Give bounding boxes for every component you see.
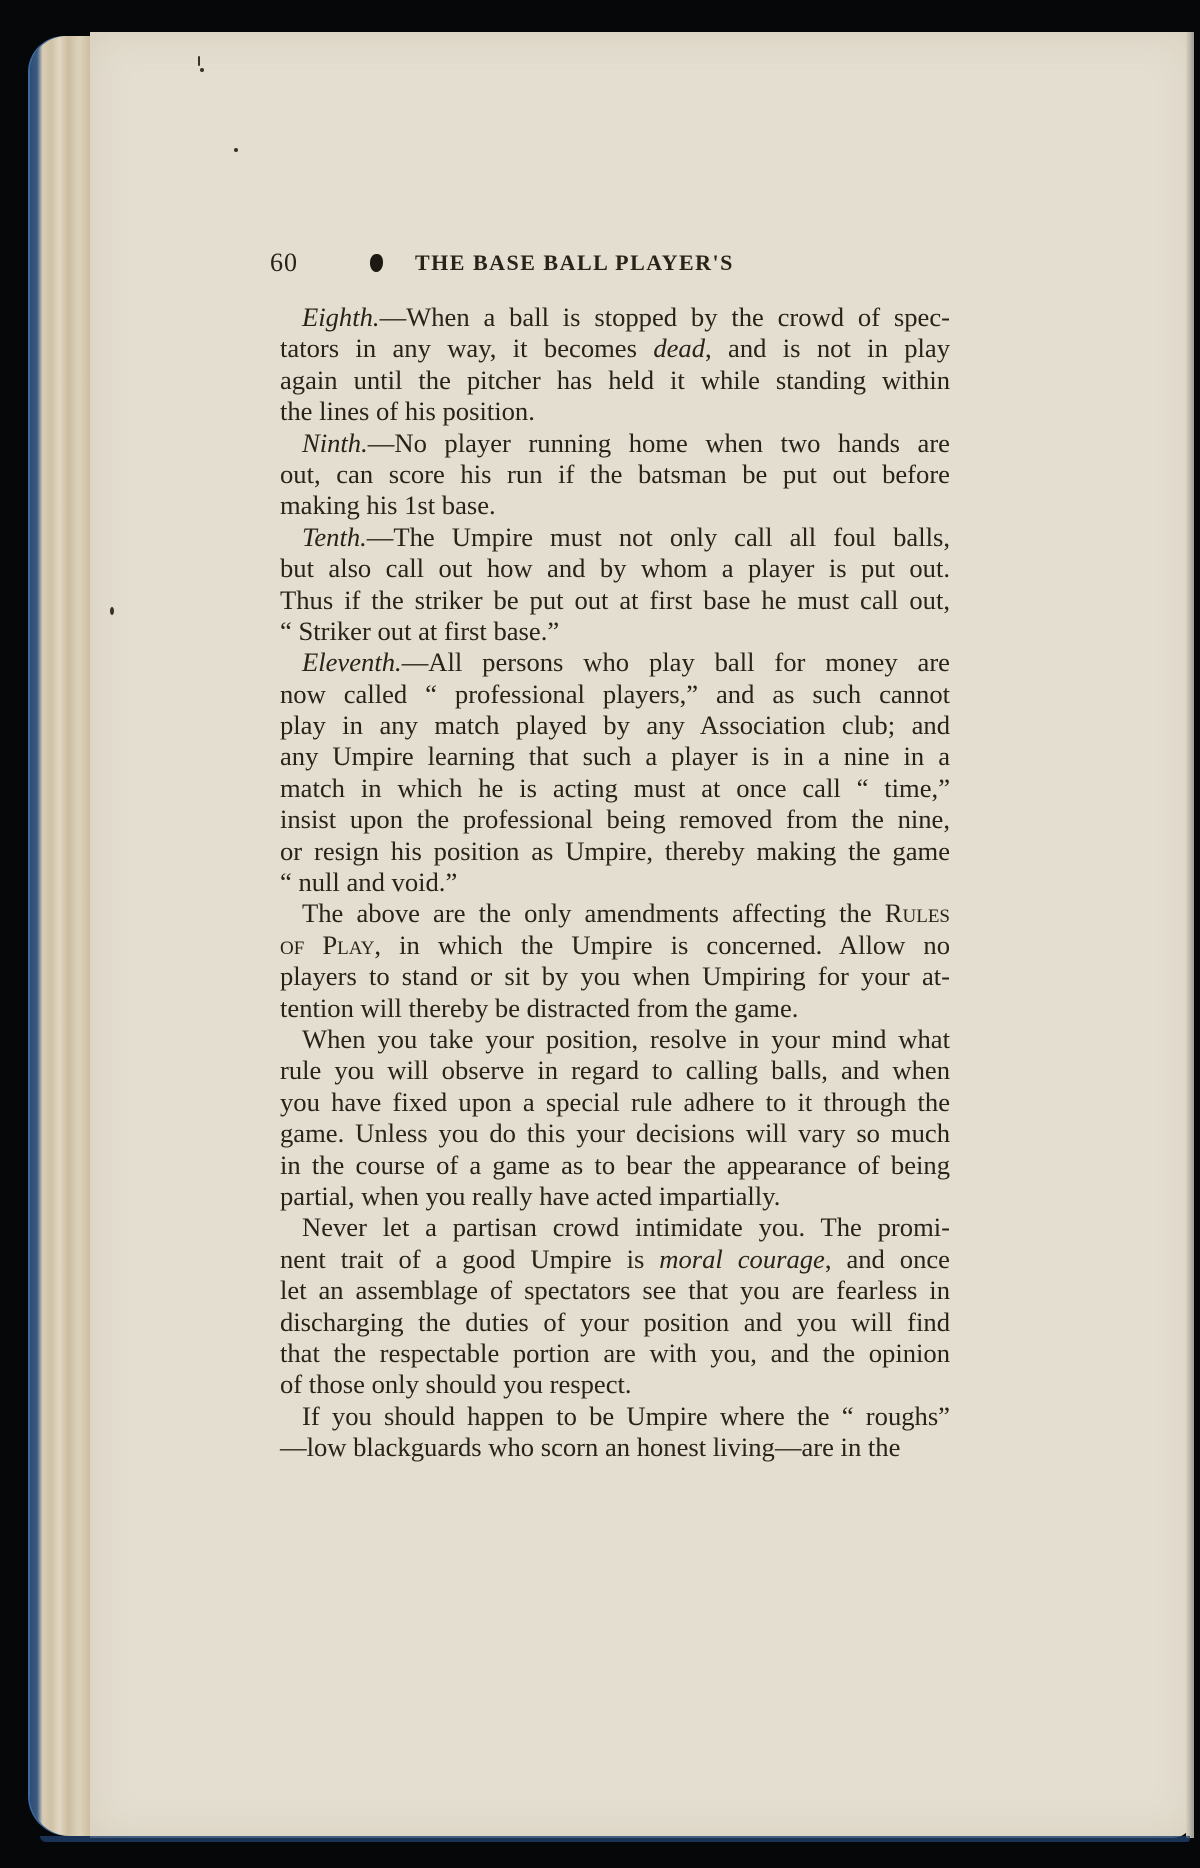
text-line: players to stand or sit by you when Umpi… xyxy=(280,961,950,992)
text-line: Eleventh.—All persons who play ball for … xyxy=(280,647,950,678)
text-line: When you take your position, resolve in … xyxy=(280,1024,950,1055)
text-line: play in any match played by any Associat… xyxy=(280,710,950,741)
page-bottom-edge xyxy=(40,1836,1190,1842)
text-line: nent trait of a good Umpire is moral cou… xyxy=(280,1244,950,1275)
rule-heading: Ninth. xyxy=(302,428,368,458)
text-line: discharging the duties of your position … xyxy=(280,1307,950,1338)
text-line: Ninth.—No player running home when two h… xyxy=(280,428,950,459)
text-line: partial, when you really have acted impa… xyxy=(280,1181,950,1212)
rule-heading: Eighth. xyxy=(302,302,380,332)
text-line: tators in any way, it becomes dead, and … xyxy=(280,333,950,364)
paper-speck xyxy=(200,68,204,72)
paragraph: Tenth.—The Umpire must not only call all… xyxy=(280,522,950,648)
text-line: of those only should you respect. xyxy=(280,1369,950,1400)
text-line: Eighth.—When a ball is stopped by the cr… xyxy=(280,302,950,333)
page-right-edge xyxy=(1186,32,1194,1838)
text-line: you have fixed upon a special rule adher… xyxy=(280,1087,950,1118)
text-line: again until the pitcher has held it whil… xyxy=(280,365,950,396)
paragraph: If you should happen to be Umpire where … xyxy=(280,1401,950,1464)
paper-speck xyxy=(234,148,238,152)
text-line: any Umpire learning that such a player i… xyxy=(280,741,950,772)
text-line: If you should happen to be Umpire where … xyxy=(280,1401,950,1432)
page-number: 60 xyxy=(270,248,298,278)
paragraph: The above are the only amendments affect… xyxy=(280,898,950,1024)
text-line: but also call out how and by whom a play… xyxy=(280,553,950,584)
text-line: Tenth.—The Umpire must not only call all… xyxy=(280,522,950,553)
paper-speck xyxy=(110,607,114,615)
paragraph: When you take your position, resolve in … xyxy=(280,1024,950,1212)
text-line: in the course of a game as to bear the a… xyxy=(280,1150,950,1181)
text-line: match in which he is acting must at once… xyxy=(280,773,950,804)
text-line: of Play, in which the Umpire is concerne… xyxy=(280,930,950,961)
paper-speck xyxy=(198,56,200,66)
body-text: Eighth.—When a ball is stopped by the cr… xyxy=(280,302,950,1463)
rule-heading: Tenth. xyxy=(302,522,367,552)
text-line: Never let a partisan crowd intimidate yo… xyxy=(280,1212,950,1243)
paragraph: Never let a partisan crowd intimidate yo… xyxy=(280,1212,950,1400)
running-head: 60 THE BASE BALL PLAYER'S xyxy=(280,248,950,288)
text-line: tention will thereby be distracted from … xyxy=(280,993,950,1024)
text-line: now called “ professional players,” and … xyxy=(280,679,950,710)
text-line: Thus if the striker be put out at first … xyxy=(280,585,950,616)
page-text: 60 THE BASE BALL PLAYER'S Eighth.—When a… xyxy=(280,248,950,1463)
rule-heading: Eleventh. xyxy=(302,647,402,677)
small-caps-text: Rules xyxy=(885,898,950,928)
emphasis-text: moral courage xyxy=(659,1244,825,1274)
paragraph: Eighth.—When a ball is stopped by the cr… xyxy=(280,302,950,428)
ink-blot-mark xyxy=(370,254,383,272)
text-line: game. Unless you do this your decisions … xyxy=(280,1118,950,1149)
text-line: rule you will observe in regard to calli… xyxy=(280,1055,950,1086)
text-line: “ null and void.” xyxy=(280,867,950,898)
small-caps-text: of Play xyxy=(280,930,374,960)
text-line: The above are the only amendments affect… xyxy=(280,898,950,929)
text-line: —low blackguards who scorn an honest liv… xyxy=(280,1432,950,1463)
scanned-book-page: 60 THE BASE BALL PLAYER'S Eighth.—When a… xyxy=(0,0,1200,1868)
paragraph: Eleventh.—All persons who play ball for … xyxy=(280,647,950,898)
text-line: “ Striker out at first base.” xyxy=(280,616,950,647)
text-line: the lines of his position. xyxy=(280,396,950,427)
text-line: insist upon the professional being remov… xyxy=(280,804,950,835)
text-line: or resign his position as Umpire, thereb… xyxy=(280,836,950,867)
text-line: that the respectable portion are with yo… xyxy=(280,1338,950,1369)
running-head-title: THE BASE BALL PLAYER'S xyxy=(415,250,734,276)
text-line: making his 1st base. xyxy=(280,490,950,521)
emphasis-text: dead xyxy=(653,333,705,363)
paragraph: Ninth.—No player running home when two h… xyxy=(280,428,950,522)
text-line: out, can score his run if the batsman be… xyxy=(280,459,950,490)
text-line: let an assemblage of spectators see that… xyxy=(280,1275,950,1306)
